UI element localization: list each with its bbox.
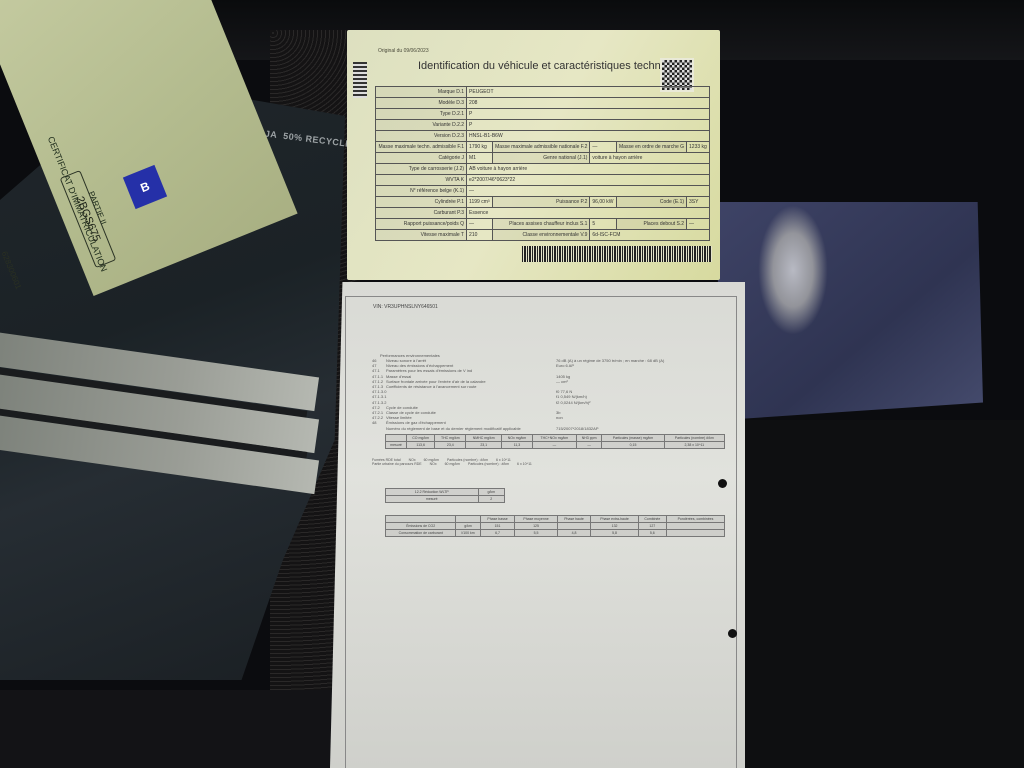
sheet-header: Original du 09/06/2023 bbox=[378, 48, 429, 54]
vin-label: VIN: VR3UPHNSLNY646501 bbox=[373, 304, 438, 310]
technical-table: Marque D.1PEUGEOTModèle D.3208Type D.2.1… bbox=[375, 86, 710, 241]
punch-hole bbox=[718, 479, 727, 488]
table-row: Rapport puissance/poids Q—Places assises… bbox=[376, 219, 710, 230]
barcode-icon bbox=[522, 246, 712, 262]
coc-lines: 46Niveau sonore à l'arrêt76 dB (A) à un … bbox=[372, 358, 712, 431]
limit-row: Partie urbaine du parcours RDENOx60 mg/k… bbox=[372, 462, 642, 466]
sheet-title: Identification du véhicule et caractéris… bbox=[418, 60, 687, 72]
table-row: WVTA Ke2*2007/46*0623*22 bbox=[376, 175, 710, 186]
table-row: Carburant P.3Essence bbox=[376, 208, 710, 219]
table-row: Variante D.2.2P bbox=[376, 120, 710, 131]
punch-hole bbox=[728, 629, 737, 638]
table-row: N° référence belge (K.1)— bbox=[376, 186, 710, 197]
table-row: Type de carrosserie (J.2)AB voiture à ha… bbox=[376, 164, 710, 175]
list-item: Numéro du règlement de base et du dernie… bbox=[372, 426, 712, 431]
table-row: Vitesse maximale T210Classe environnemen… bbox=[376, 230, 710, 241]
blue-sheet bbox=[715, 202, 983, 420]
eco-innovation-table: 12.2 Réduction WLTPg/kmmesuré2 bbox=[385, 488, 505, 503]
wltp-table: Phase bassePhase moyennePhase hautePhase… bbox=[385, 515, 725, 537]
emission-limits: Fumées RDE totalNOx60 mg/kmParticules (n… bbox=[372, 458, 642, 466]
table-row: Catégorie JM1Genre national (J.1)voiture… bbox=[376, 153, 710, 164]
table-row: Marque D.1PEUGEOT bbox=[376, 87, 710, 98]
seat-edge bbox=[0, 690, 360, 768]
barcode-icon bbox=[353, 62, 367, 98]
table-row: Masse maximale techn. admissible F.11790… bbox=[376, 142, 710, 153]
table-row: Type D.2.1P bbox=[376, 109, 710, 120]
emissions-table: CO mg/kmTHC mg/kmNMHC mg/kmNOx mg/kmTHC+… bbox=[385, 434, 725, 449]
table-row: Modèle D.3208 bbox=[376, 98, 710, 109]
light-glare bbox=[758, 205, 828, 335]
seat-cushion bbox=[740, 420, 1024, 768]
table-row: Version D.2.3HNSL-B1-B6W bbox=[376, 131, 710, 142]
table-row: Cylindrée P.11199 cm³Puissance P.296,00 … bbox=[376, 197, 710, 208]
